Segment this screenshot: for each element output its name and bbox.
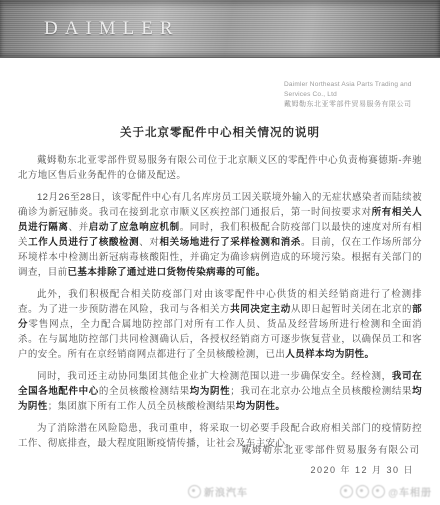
watermark-app-icon: [372, 485, 385, 498]
letterhead-company-cn: 戴姆勒东北亚零部件贸易服务有限公司: [284, 100, 424, 110]
watermark-left-text: 新浪汽车: [204, 484, 248, 499]
document-body: 戴姆勒东北亚零部件贸易服务有限公司位于北京顺义区的零配件中心负责梅赛德斯-奔驰北…: [18, 153, 422, 451]
signature-date: 2020 年 12 月 30 日: [241, 463, 420, 476]
sina-eye-icon: [188, 485, 201, 498]
watermark-right: @车相册: [340, 484, 432, 499]
daimler-logo-banner: DAIMLER: [0, 0, 440, 58]
page-title: 关于北京零配件中心相关情况的说明: [0, 124, 440, 140]
daimler-logo: DAIMLER: [44, 18, 180, 40]
watermark-app-icon: [340, 485, 353, 498]
paragraph: 12月26至28日，该零配件中心有几名库房员工因关联境外输入的无症状感染者而陆续…: [18, 190, 422, 280]
signature-block: 戴姆勒东北亚零部件贸易服务有限公司 2020 年 12 月 30 日: [241, 442, 420, 476]
watermark-app-icon: [356, 485, 369, 498]
paragraph: 此外，我们积极配合相关防疫部门对由该零配件中心供货的相关经销商进行了检测排查。为…: [18, 287, 422, 362]
watermark-left: 新浪汽车: [188, 484, 248, 499]
signature-company: 戴姆勒东北亚零部件贸易服务有限公司: [241, 442, 420, 456]
watermark-right-text: @车相册: [388, 484, 432, 499]
paragraph: 同时，我司还主动协同集团其他企业扩大检测范围以进一步确保安全。经检测，我司在全国…: [18, 369, 422, 414]
paragraph: 戴姆勒东北亚零部件贸易服务有限公司位于北京顺义区的零配件中心负责梅赛德斯-奔驰北…: [18, 153, 422, 183]
letterhead-company-block: Daimler Northeast Asia Parts Trading and…: [284, 80, 424, 110]
letterhead-company-en-line2: Services Co., Ltd: [284, 90, 424, 100]
letterhead-company-en-line1: Daimler Northeast Asia Parts Trading and: [284, 80, 424, 90]
